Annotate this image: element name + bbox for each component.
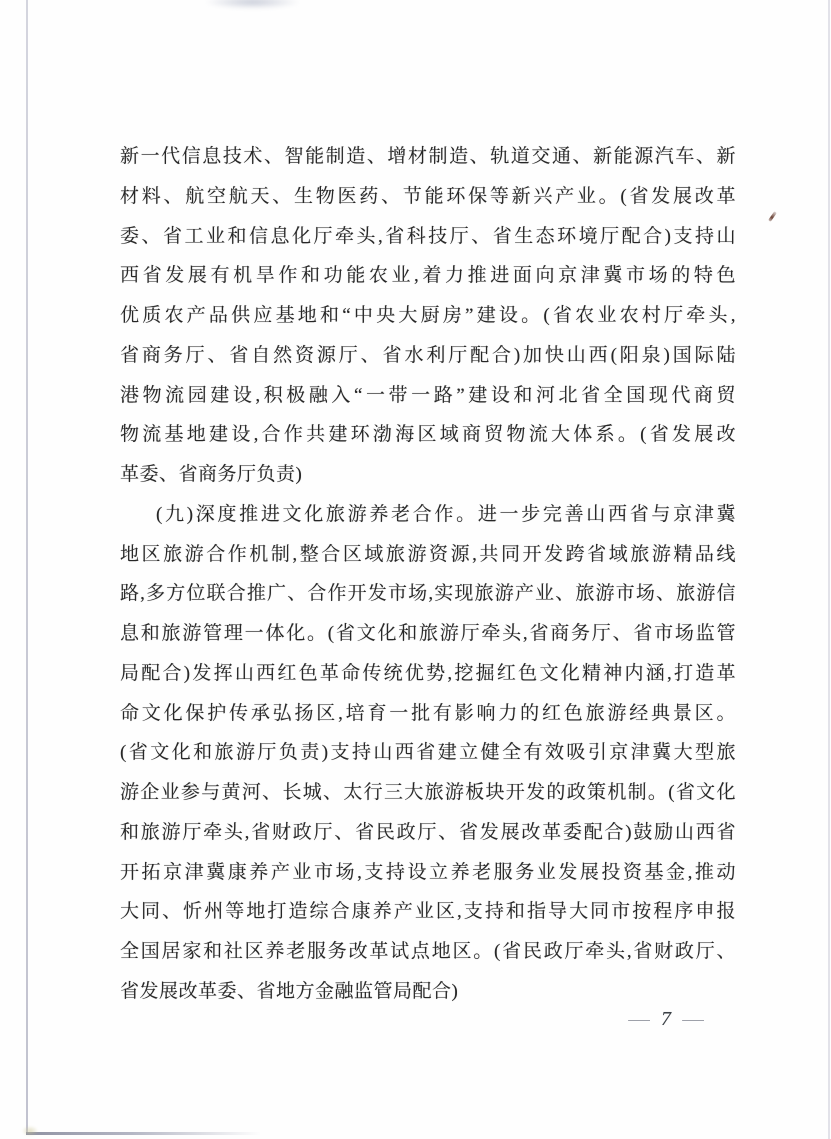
scan-edge-line-left bbox=[26, 0, 28, 1134]
text-line: 省发展改革委、省地方金融监管局配合) bbox=[120, 972, 736, 1012]
text-line: 命文化保护传承弘扬区,培育一批有影响力的红色旅游经典景区。 bbox=[120, 694, 736, 734]
text-line: 全国居家和社区养老服务改革试点地区。(省民政厅牵头,省财政厅、 bbox=[120, 932, 736, 972]
scan-edge-line-bottom bbox=[26, 1132, 261, 1135]
text-line: 优质农产品供应基地和“中央大厨房”建设。(省农业农村厅牵头, bbox=[120, 296, 736, 336]
scan-corner-stain bbox=[22, 1126, 38, 1136]
text-line: 息和旅游管理一体化。(省文化和旅游厅牵头,省商务厅、省市场监管 bbox=[120, 614, 736, 654]
text-line: 物流基地建设,合作共建环渤海区域商贸物流大体系。(省发展改 bbox=[120, 415, 736, 455]
text-line: 革委、省商务厅负责) bbox=[120, 455, 736, 495]
page-footer: — 7 — bbox=[630, 1008, 702, 1031]
text-line: 局配合)发挥山西红色革命传统优势,挖掘红色文化精神内涵,打造革 bbox=[120, 654, 736, 694]
text-line: 和旅游厅牵头,省财政厅、省民政厅、省发展改革委配合)鼓励山西省 bbox=[120, 813, 736, 853]
footer-dash-left: — bbox=[628, 1009, 650, 1030]
text-line: (九)深度推进文化旅游养老合作。进一步完善山西省与京津冀 bbox=[120, 495, 736, 535]
page-number: 7 bbox=[661, 1008, 671, 1031]
text-line: 新一代信息技术、智能制造、增材制造、轨道交通、新能源汽车、新 bbox=[120, 137, 736, 177]
scanned-document-page: 新一代信息技术、智能制造、增材制造、轨道交通、新能源汽车、新材料、航空航天、生物… bbox=[0, 0, 831, 1139]
scan-edge-line-right bbox=[828, 0, 830, 1139]
text-line: 西省发展有机旱作和功能农业,着力推进面向京津冀市场的特色 bbox=[120, 256, 736, 296]
text-line: 材料、航空航天、生物医药、节能环保等新兴产业。(省发展改革 bbox=[120, 177, 736, 217]
footer-dash-right: — bbox=[682, 1009, 704, 1030]
text-line: (省文化和旅游厅负责)支持山西省建立健全有效吸引京津冀大型旅 bbox=[120, 733, 736, 773]
text-line: 省商务厅、省自然资源厅、省水利厅配合)加快山西(阳泉)国际陆 bbox=[120, 336, 736, 376]
text-line: 开拓京津冀康养产业市场,支持设立养老服务业发展投资基金,推动 bbox=[120, 853, 736, 893]
text-line: 港物流园建设,积极融入“一带一路”建设和河北省全国现代商贸 bbox=[120, 376, 736, 416]
text-line: 大同、忻州等地打造综合康养产业区,支持和指导大同市按程序申报 bbox=[120, 892, 736, 932]
text-line: 游企业参与黄河、长城、太行三大旅游板块开发的政策机制。(省文化 bbox=[120, 773, 736, 813]
text-line: 地区旅游合作机制,整合区域旅游资源,共同开发跨省域旅游精品线 bbox=[120, 535, 736, 575]
pen-tick-mark bbox=[768, 211, 777, 222]
text-line: 路,多方位联合推广、合作开发市场,实现旅游产业、旅游市场、旅游信 bbox=[120, 574, 736, 614]
scan-smudge-top bbox=[205, 0, 300, 9]
text-line: 委、省工业和信息化厅牵头,省科技厅、省生态环境厅配合)支持山 bbox=[120, 217, 736, 257]
text-block: 新一代信息技术、智能制造、增材制造、轨道交通、新能源汽车、新材料、航空航天、生物… bbox=[120, 137, 736, 1012]
